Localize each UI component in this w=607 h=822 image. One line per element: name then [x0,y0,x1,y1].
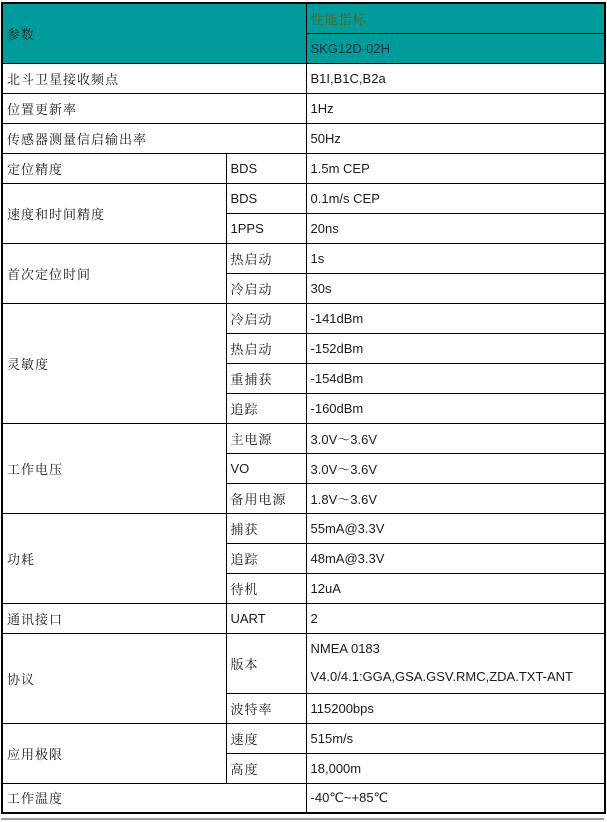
spec-value-cell: 55mA@3.3V [306,513,605,543]
sub-param-cell: UART [226,603,306,633]
table-row: 定位精度 BDS 1.5m CEP [2,153,605,183]
spec-value-cell: 1.8V～3.6V [306,483,605,513]
sub-param-cell: 追踪 [226,393,306,423]
header-perf-cell: 性能指标 [306,3,605,33]
param-label-cell: 传感器测量信启输出率 [2,123,306,153]
param-label-cell: 灵敏度 [2,303,226,423]
spec-value-cell: 115200bps [306,693,605,723]
param-label-cell: 首次定位时间 [2,243,226,303]
spec-value-cell: -141dBm [306,303,605,333]
header-model-cell: SKG12D-02H [306,33,605,63]
param-label-cell: 工作电压 [2,423,226,513]
table-row: 灵敏度 冷启动 -141dBm [2,303,605,333]
spec-value-cell: 515m/s [306,723,605,753]
param-label-cell: 定位精度 [2,153,226,183]
table-row: 传感器测量信启输出率 50Hz [2,123,605,153]
param-label-cell: 工作温度 [2,783,306,813]
param-label-cell: 北斗卫星接收频点 [2,63,306,93]
protocol-version-line2: V4.0/4.1:GGA,GSA.GSV.RMC,ZDA.TXT-ANT [311,663,605,691]
sub-param-cell: VO [226,453,306,483]
protocol-version-line1: NMEA 0183 [311,635,605,663]
spec-value-cell: B1I,B1C,B2a [306,63,605,93]
spec-value-cell: 20ns [306,213,605,243]
spec-value-cell: 3.0V～3.6V [306,423,605,453]
sub-param-cell: 备用电源 [226,483,306,513]
spec-value-cell: 1s [306,243,605,273]
table-row: 首次定位时间 热启动 1s [2,243,605,273]
param-label-cell: 通讯接口 [2,603,226,633]
sub-param-cell: 热启动 [226,333,306,363]
table-row: 协议 版本 NMEA 0183 V4.0/4.1:GGA,GSA.GSV.RMC… [2,633,605,693]
header-param-cell: 参数 [2,3,306,63]
sub-param-cell: 重捕获 [226,363,306,393]
sub-param-cell: 速度 [226,723,306,753]
spec-value-cell: 2 [306,603,605,633]
sub-param-cell: 捕获 [226,513,306,543]
sub-param-cell: 待机 [226,573,306,603]
table-row: 北斗卫星接收频点 B1I,B1C,B2a [2,63,605,93]
spec-value-cell: 0.1m/s CEP [306,183,605,213]
spec-value-cell: -152dBm [306,333,605,363]
spec-value-cell: NMEA 0183 V4.0/4.1:GGA,GSA.GSV.RMC,ZDA.T… [306,633,605,693]
sub-param-cell: 冷启动 [226,273,306,303]
sub-param-cell: BDS [226,183,306,213]
spec-value-cell: 1Hz [306,93,605,123]
spec-value-cell: 1.5m CEP [306,153,605,183]
sub-param-cell: 冷启动 [226,303,306,333]
table-row: 位置更新率 1Hz [2,93,605,123]
table-row: 工作电压 主电源 3.0V～3.6V [2,423,605,453]
sub-param-cell: 追踪 [226,543,306,573]
spec-sheet-page: 参数 性能指标 SKG12D-02H 北斗卫星接收频点 B1I,B1C,B2a … [0,0,607,822]
sub-param-cell: BDS [226,153,306,183]
sub-param-cell: 1PPS [226,213,306,243]
sub-param-cell: 主电源 [226,423,306,453]
param-label-cell: 协议 [2,633,226,723]
spec-value-cell: 30s [306,273,605,303]
table-row: 功耗 捕获 55mA@3.3V [2,513,605,543]
param-label-cell: 速度和时间精度 [2,183,226,243]
param-label-cell: 功耗 [2,513,226,603]
spec-value-cell: 48mA@3.3V [306,543,605,573]
param-label-cell: 位置更新率 [2,93,306,123]
table-row: 工作温度 -40℃~+85℃ [2,783,605,813]
spec-value-cell: -160dBm [306,393,605,423]
param-label-cell: 应用极限 [2,723,226,783]
table-row: 应用极限 速度 515m/s [2,723,605,753]
spec-value-cell: 50Hz [306,123,605,153]
sub-param-cell: 波特率 [226,693,306,723]
spec-value-cell: 18,000m [306,753,605,783]
spec-value-cell: 12uA [306,573,605,603]
sub-param-cell: 版本 [226,633,306,693]
table-row: 通讯接口 UART 2 [2,603,605,633]
table-bottom-shadow [1,818,604,820]
sub-param-cell: 高度 [226,753,306,783]
table-row: 速度和时间精度 BDS 0.1m/s CEP [2,183,605,213]
spec-value-cell: -154dBm [306,363,605,393]
spec-value-cell: -40℃~+85℃ [306,783,605,813]
spec-table: 参数 性能指标 SKG12D-02H 北斗卫星接收频点 B1I,B1C,B2a … [1,2,606,814]
sub-param-cell: 热启动 [226,243,306,273]
spec-value-cell: 3.0V～3.6V [306,453,605,483]
